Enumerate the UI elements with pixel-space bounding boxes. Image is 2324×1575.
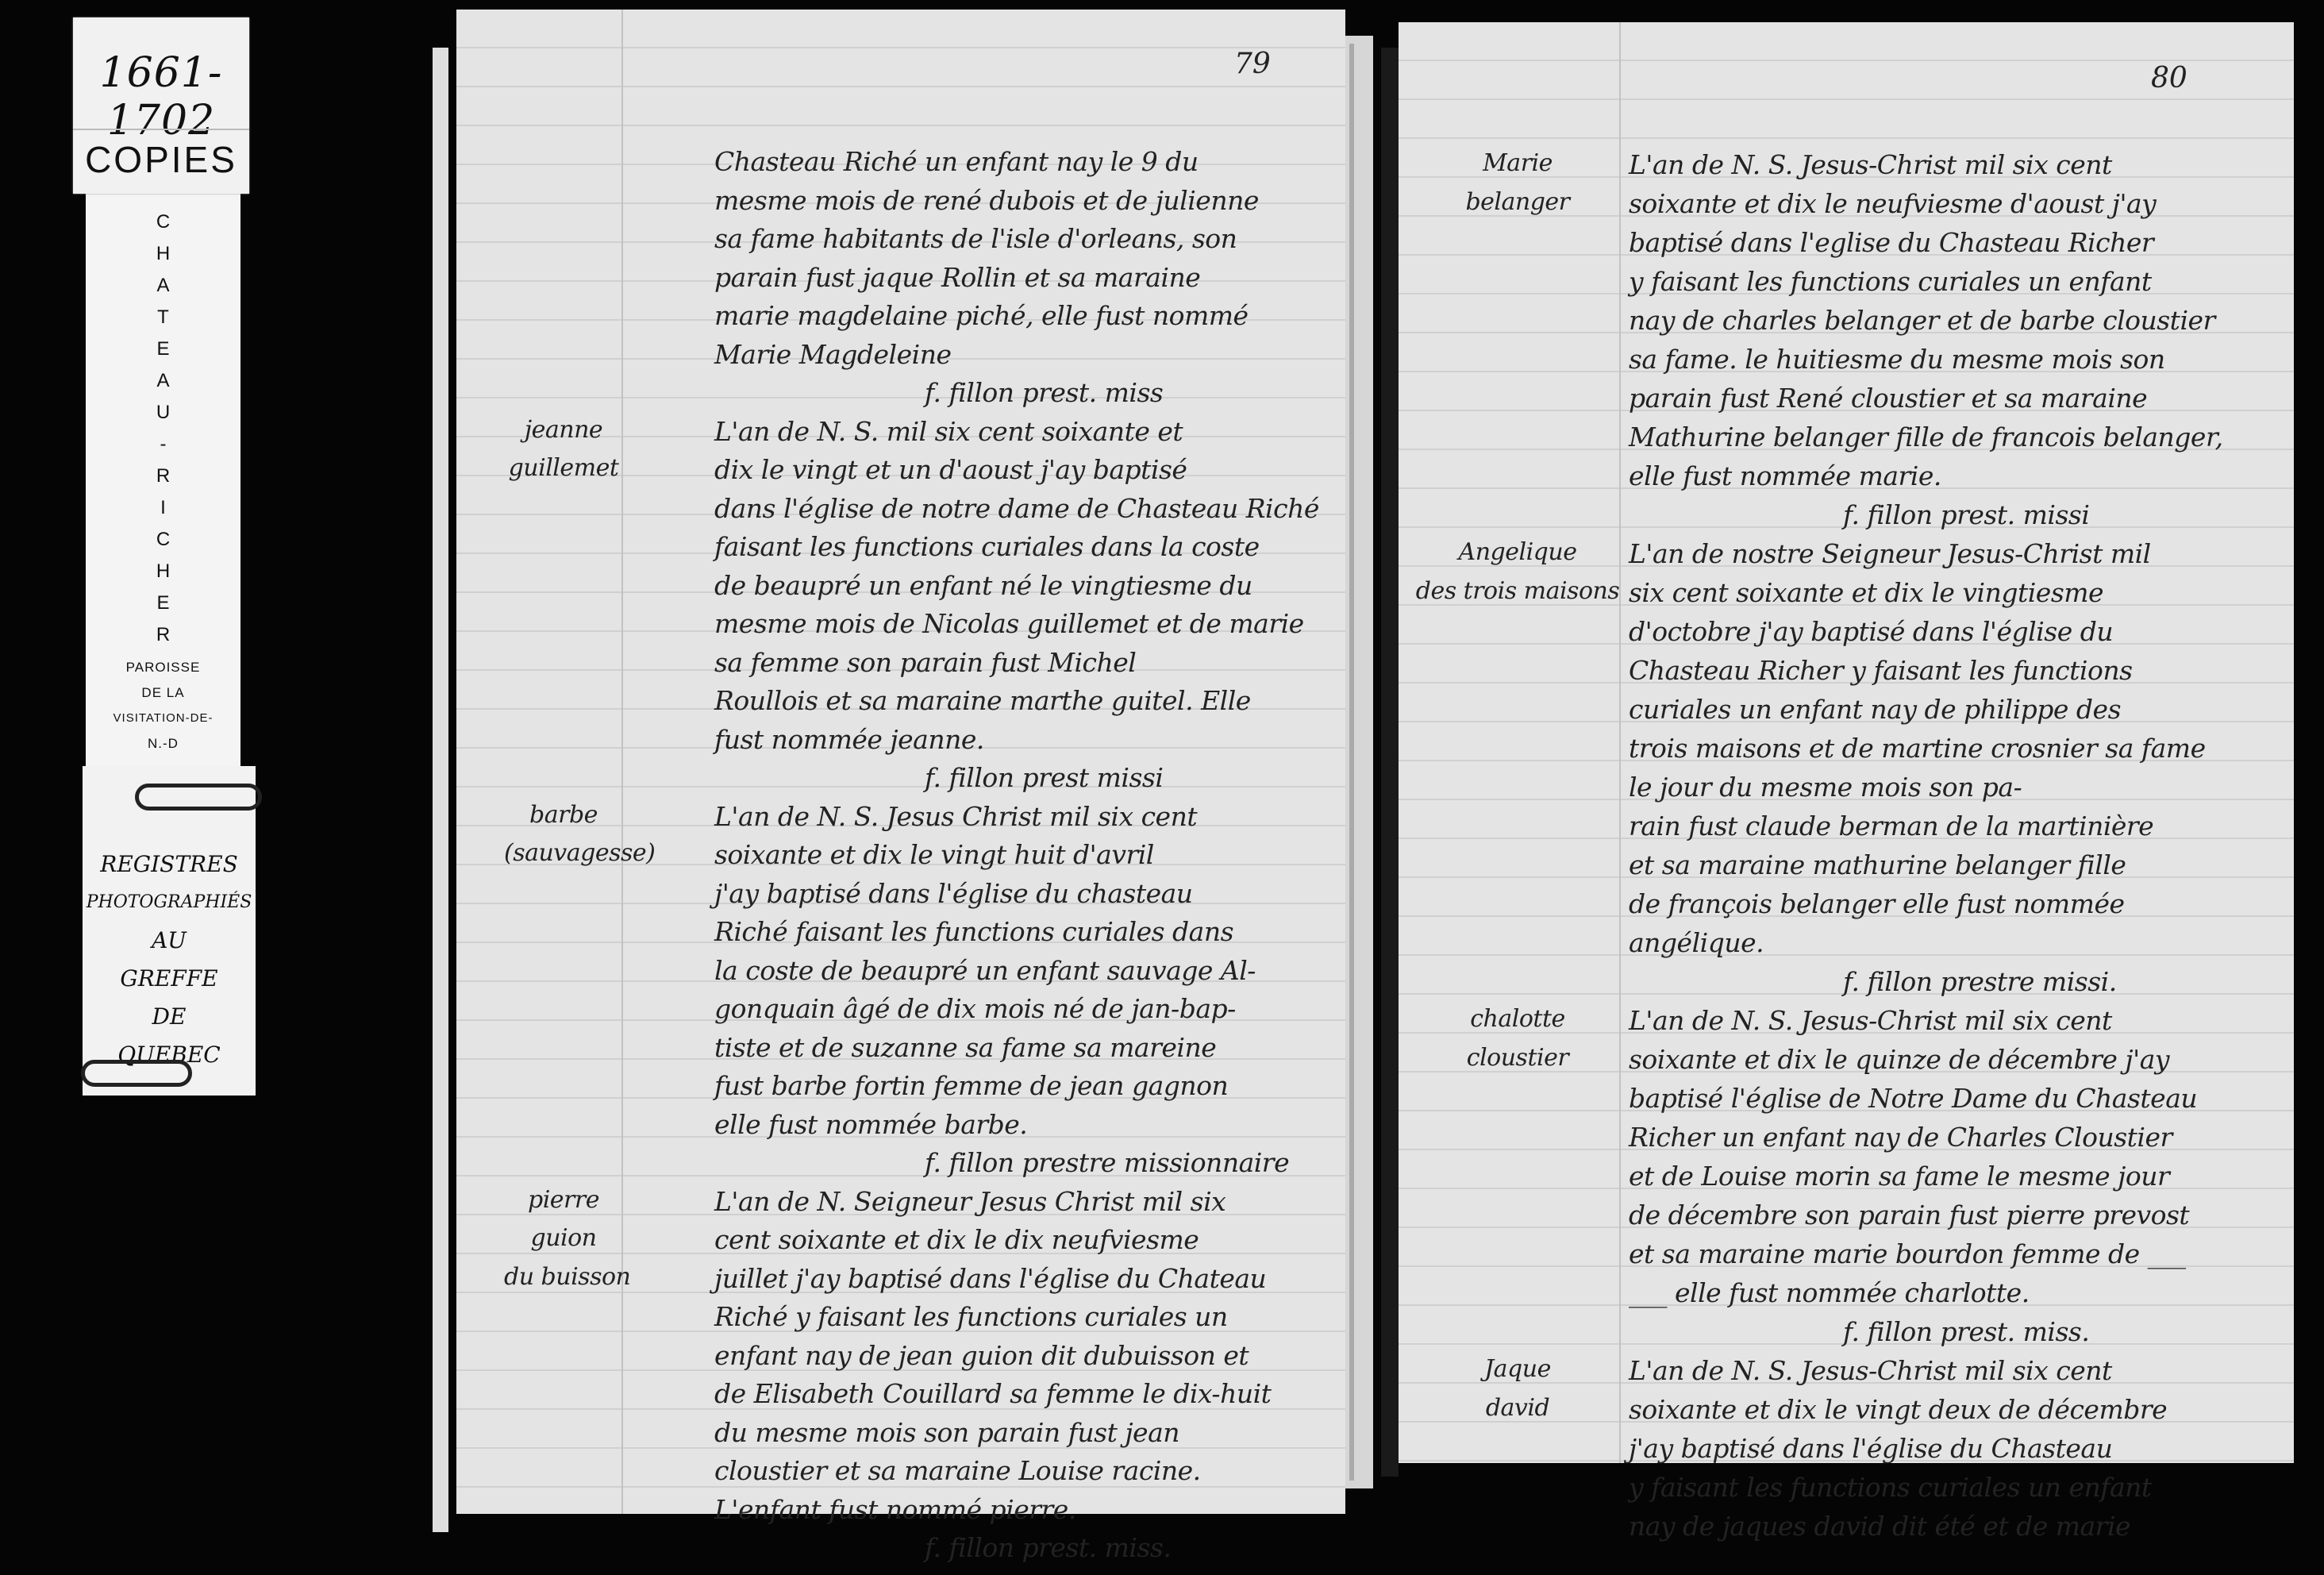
entry-line: sa fame habitants de l'isle d'orleans, s… — [714, 223, 1237, 254]
entry-line: L'an de N. S. Jesus-Christ mil six cent — [1629, 1355, 2112, 1386]
entry-line: parain fust jaque Rollin et sa maraine — [714, 262, 1200, 293]
entry-line: mesme mois de rené dubois et de julienne — [714, 185, 1259, 216]
entry-line: baptisé l'église de Notre Dame du Chaste… — [1629, 1083, 2197, 1114]
entry-line: Chasteau Riché un enfant nay le 9 du — [714, 146, 1199, 177]
parish-line: N.-D — [86, 731, 240, 757]
page-stack-edge — [1349, 44, 1354, 1481]
label-letter: H — [86, 556, 240, 587]
parish-line: DE LA — [86, 680, 240, 706]
label-letter: A — [86, 270, 240, 302]
label-letter: C — [86, 524, 240, 556]
margin-name: cloustier — [1414, 1044, 1621, 1072]
entry-line: la coste de beaupré un enfant sauvage Al… — [714, 955, 1256, 986]
label-letter: R — [86, 460, 240, 492]
entry-line: mesme mois de Nicolas guillemet et de ma… — [714, 608, 1304, 639]
entry-line: soixante et dix le neufviesme d'aoust j'… — [1629, 188, 2156, 219]
entry-line: ___ elle fust nommée charlotte. — [1629, 1277, 2030, 1308]
registry-stamp: REGISTRES PHOTOGRAPHIÉS AU GREFFE DE QUE… — [83, 845, 256, 1074]
margin-name: des trois maisons — [1414, 577, 1621, 605]
paperclip-icon — [81, 1060, 192, 1087]
entry-line: Marie Magdeleine — [714, 339, 951, 370]
entry-line: L'an de N. S. mil six cent soixante et — [714, 416, 1183, 447]
entry-line: parain fust René cloustier et sa maraine — [1629, 383, 2147, 414]
label-letter: - — [86, 429, 240, 460]
entry-line: L'an de N. Seigneur Jesus Christ mil six — [714, 1186, 1225, 1217]
entry-line: trois maisons et de martine crosnier sa … — [1629, 733, 2206, 764]
page-stack-edge — [433, 48, 448, 1532]
entry-line: dans l'église de notre dame de Chasteau … — [714, 493, 1319, 524]
entry-line: et sa maraine mathurine belanger fille — [1629, 849, 2126, 880]
margin-name: guillemet — [504, 454, 623, 482]
entry-line: L'an de nostre Seigneur Jesus-Christ mil — [1629, 538, 2151, 569]
priest-signature: f. fillon prest. miss. — [1843, 1316, 2089, 1347]
label-card-top: 1661-1702 COPIES — [73, 17, 249, 194]
entry-line: cloustier et sa maraine Louise racine. — [714, 1455, 1201, 1486]
entry-line: y faisant les functions curiales un enfa… — [1629, 1472, 2152, 1503]
entry-line: Chasteau Richer y faisant les functions — [1629, 655, 2133, 686]
entry-line: de beaupré un enfant né le vingtiesme du — [714, 570, 1252, 601]
margin-name: du buisson — [504, 1263, 623, 1291]
parish-line: VISITATION-DE- — [86, 706, 240, 731]
entry-line: j'ay baptisé dans l'église du chasteau — [714, 878, 1193, 909]
margin-name: david — [1414, 1394, 1621, 1422]
margin-name: chalotte — [1414, 1005, 1621, 1033]
page-stack-edge — [1341, 36, 1373, 1488]
entry-line: baptisé dans l'eglise du Chasteau Richer — [1629, 227, 2153, 258]
entry-line: dix le vingt et un d'aoust j'ay baptisé — [714, 454, 1187, 485]
paperclip-icon — [135, 784, 262, 811]
parish-line: PAROISSE — [86, 655, 240, 680]
label-letter: U — [86, 397, 240, 429]
stamp-line: GREFFE — [83, 960, 256, 998]
label-letter: R — [86, 619, 240, 651]
label-card-bottom: REGISTRES PHOTOGRAPHIÉS AU GREFFE DE QUE… — [83, 766, 256, 1096]
entry-line: nay de jaques david dit été et de marie — [1629, 1511, 2130, 1542]
entry-line: faisant les functions curiales dans la c… — [714, 531, 1260, 562]
entry-line: juillet j'ay baptisé dans l'église du Ch… — [714, 1263, 1266, 1294]
entry-line: et sa maraine marie bourdon femme de ___ — [1629, 1238, 2186, 1269]
entry-line: y faisant les functions curiales un enfa… — [1629, 266, 2152, 297]
left-page-text: Chasteau Riché un enfant nay le 9 dumesm… — [456, 10, 1345, 1514]
entry-line: L'enfant fust nommé pierre. — [714, 1494, 1076, 1525]
priest-signature: f. fillon prest. miss — [925, 377, 1163, 408]
entry-line: Richer un enfant nay de Charles Cloustie… — [1629, 1122, 2172, 1153]
entry-line: et de Louise morin sa fame le mesme jour — [1629, 1161, 2169, 1192]
margin-name: barbe — [504, 801, 623, 829]
copies-label: COPIES — [73, 129, 249, 181]
archive-label-strip: C H A T E A U - R I C H E R PAROISSE DE … — [86, 191, 240, 774]
entry-line: soixante et dix le quinze de décembre j'… — [1629, 1044, 2169, 1075]
entry-line: fust nommée jeanne. — [714, 724, 984, 755]
entry-line: d'octobre j'ay baptisé dans l'église du — [1629, 616, 2113, 647]
margin-name: jeanne — [504, 416, 623, 444]
entry-line: soixante et dix le vingt huit d'avril — [714, 839, 1154, 870]
label-letter: E — [86, 333, 240, 365]
entry-line: rain fust claude berman de la martinière — [1629, 811, 2153, 841]
entry-line: elle fust nommée marie. — [1629, 460, 1941, 491]
entry-line: soixante et dix le vingt deux de décembr… — [1629, 1394, 2167, 1425]
label-letter: A — [86, 365, 240, 397]
entry-line: angélique. — [1629, 927, 1764, 958]
stamp-line: PHOTOGRAPHIÉS — [83, 884, 256, 922]
priest-signature: f. fillon prestre missi. — [1843, 966, 2117, 997]
entry-line: sa femme son parain fust Michel — [714, 647, 1136, 678]
entry-line: Roullois et sa maraine marthe guitel. El… — [714, 685, 1251, 716]
entry-line: du mesme mois son parain fust jean — [714, 1417, 1179, 1448]
priest-signature: f. fillon prest missi — [925, 762, 1163, 793]
priest-signature: f. fillon prestre missionnaire — [925, 1147, 1289, 1178]
label-letter: E — [86, 587, 240, 619]
book-binding — [1381, 48, 1399, 1477]
label-letter: I — [86, 492, 240, 524]
margin-name: Jaque — [1414, 1355, 1621, 1383]
entry-line: j'ay baptisé dans l'église du Chasteau — [1629, 1433, 2112, 1464]
entry-line: nay de charles belanger et de barbe clou… — [1629, 305, 2215, 336]
right-page-text: MariebelangerL'an de N. S. Jesus-Christ … — [1399, 22, 2294, 1463]
priest-signature: f. fillon prest. miss. — [925, 1532, 1171, 1563]
entry-line: cent soixante et dix le dix neufviesme — [714, 1224, 1199, 1255]
margin-name: belanger — [1414, 188, 1621, 216]
stamp-line: REGISTRES — [83, 845, 256, 884]
parish-name-vertical: C H A T E A U - R I C H E R — [86, 206, 240, 651]
entry-line: curiales un enfant nay de philippe des — [1629, 694, 2121, 725]
entry-line: le jour du mesme mois son pa- — [1629, 772, 2022, 803]
entry-line: elle fust nommée barbe. — [714, 1109, 1027, 1140]
entry-line: enfant nay de jean guion dit dubuisson e… — [714, 1340, 1249, 1371]
stamp-line: AU — [83, 922, 256, 960]
margin-name: (sauvagesse) — [504, 839, 623, 867]
entry-line: fust barbe fortin femme de jean gagnon — [714, 1070, 1228, 1101]
entry-line: Mathurine belanger fille de francois bel… — [1629, 422, 2223, 452]
label-letter: T — [86, 302, 240, 333]
margin-name: Angelique — [1414, 538, 1621, 566]
margin-name: Marie — [1414, 149, 1621, 177]
margin-name: pierre — [504, 1186, 623, 1214]
entry-line: L'an de N. S. Jesus-Christ mil six cent — [1629, 1005, 2112, 1036]
entry-line: de françois belanger elle fust nommée — [1629, 888, 2125, 919]
entry-line: tiste et de suzanne sa fame sa mareine — [714, 1032, 1216, 1063]
entry-line: Riché faisant les functions curiales dan… — [714, 916, 1233, 947]
entry-line: de décembre son parain fust pierre prevo… — [1629, 1200, 2189, 1230]
margin-name: guion — [504, 1224, 623, 1252]
priest-signature: f. fillon prest. missi — [1843, 499, 2089, 530]
stamp-line: DE — [83, 998, 256, 1036]
entry-line: L'an de N. S. Jesus-Christ mil six cent — [1629, 149, 2112, 180]
label-letter: C — [86, 206, 240, 238]
entry-line: de Elisabeth Couillard sa femme le dix-h… — [714, 1378, 1271, 1409]
entry-line: marie magdelaine piché, elle fust nommé — [714, 300, 1249, 331]
entry-line: sa fame. le huitiesme du mesme mois son — [1629, 344, 2165, 375]
label-letter: H — [86, 238, 240, 270]
entry-line: six cent soixante et dix le vingtiesme — [1629, 577, 2103, 608]
entry-line: gonquain âgé de dix mois né de jan-bap- — [714, 993, 1236, 1024]
entry-line: Riché y faisant les functions curiales u… — [714, 1301, 1228, 1332]
entry-line: L'an de N. S. Jesus Christ mil six cent — [714, 801, 1197, 832]
